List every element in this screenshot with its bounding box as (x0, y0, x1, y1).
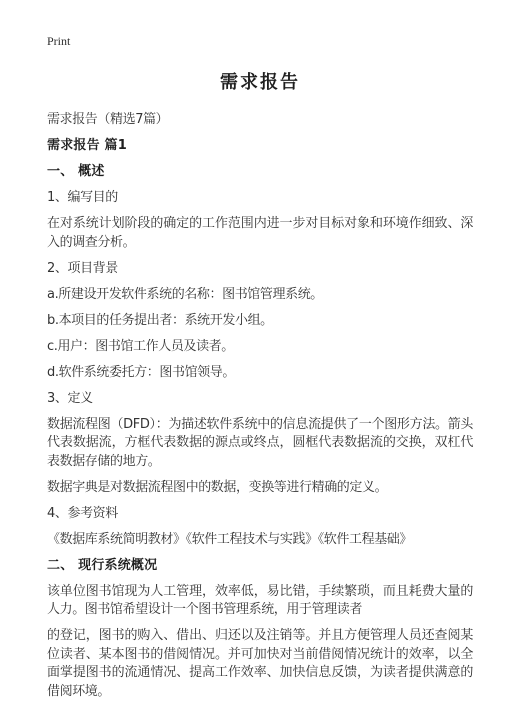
page-title: 需求报告 (47, 68, 473, 94)
subsection-1-2-label: 2、项目背景 (47, 260, 473, 279)
subsection-1-1-label: 1、编写目的 (47, 189, 473, 208)
paragraph-background-b: b.本项目的任务提出者：系统开发小组。 (47, 312, 473, 331)
section-2-heading: 二、 现行系统概况 (47, 557, 473, 576)
article-heading: 需求报告 篇1 (47, 137, 473, 156)
paragraph-definition-dictionary: 数据字典是对数据流程图中的数据，变换等进行精确的定义。 (47, 479, 473, 498)
paragraph-background-d: d.软件系统委托方：图书馆领导。 (47, 364, 473, 383)
document-page: Print 需求报告 需求报告（精选7篇） 需求报告 篇1 一、 概述 1、编写… (0, 0, 520, 718)
subtitle: 需求报告（精选7篇） (47, 111, 473, 130)
paragraph-current-system-2: 的登记，图书的购入、借出、归还以及注销等。并且方便管理人员还查阅某位读者、某本图… (47, 627, 473, 701)
paragraph-definition-dfd: 数据流程图（DFD）：为描述软件系统中的信息流提供了一个图形方法。箭头代表数据流… (47, 416, 473, 472)
subsection-1-4-label: 4、参考资料 (47, 505, 473, 524)
paragraph-references: 《数据库系统简明教材》《软件工程技术与实践》《软件工程基础》 (47, 531, 473, 550)
paragraph-current-system-1: 该单位图书馆现为人工管理，效率低，易比错，手续繁琐，而且耗费大量的人力。图书馆希… (47, 583, 473, 620)
subsection-1-3-label: 3、定义 (47, 390, 473, 409)
paragraph-background-a: a.所建设开发软件系统的名称：图书馆管理系统。 (47, 286, 473, 305)
paragraph-background-c: c.用户：图书馆工作人员及读者。 (47, 338, 473, 357)
print-link[interactable]: Print (47, 34, 473, 49)
section-1-heading: 一、 概述 (47, 163, 473, 182)
paragraph-purpose: 在对系统计划阶段的确定的工作范围内进一步对目标对象和环境作细致、深入的调查分析。 (47, 215, 473, 252)
